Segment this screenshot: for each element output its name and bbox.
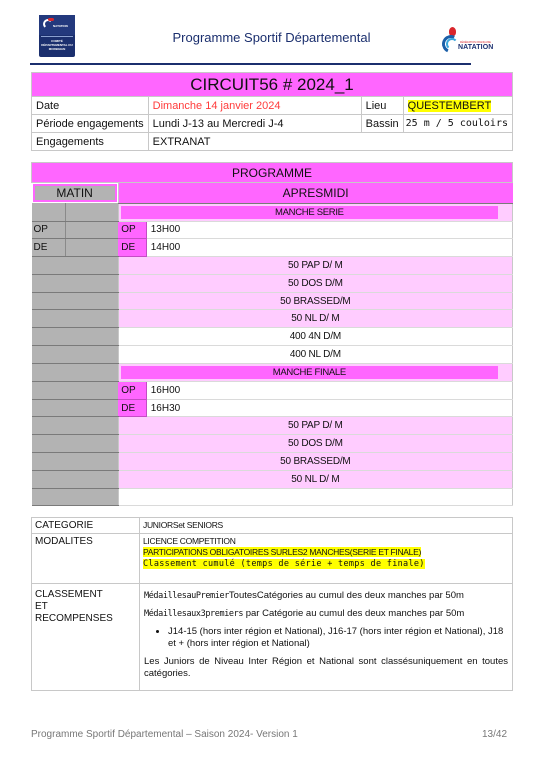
classement-note: Les Juniors de Niveau Inter Région et Na… — [144, 656, 508, 680]
finale-op-label: OP — [118, 381, 146, 399]
serie-de-label: DE — [118, 239, 146, 257]
event-row: 50 DOS D/M — [32, 274, 513, 292]
footer-text: Programme Sportif Départemental – Saison… — [31, 729, 298, 740]
event-row: 400 NL D/M — [32, 346, 513, 364]
serie-op-time: 13H00 — [146, 221, 512, 239]
bassin-value: 25 m / 5 couloirs — [403, 115, 512, 133]
finale-op-time: 16H00 — [146, 381, 512, 399]
modalites-participation: PARTICIPATIONS OBLIGATOIRES SURLES2 MANC… — [143, 547, 421, 557]
matin-de-row: DE DE 14H00 — [32, 239, 513, 257]
matin-header: MATIN — [33, 184, 117, 202]
event-row: 50 DOS D/M — [32, 435, 513, 453]
matin-op-row: OP OP 13H00 — [32, 221, 513, 239]
apresmidi-header: APRESMIDI — [118, 183, 512, 204]
engagements-value: EXTRANAT — [148, 133, 512, 151]
event-title: CIRCUIT56 # 2024_1 — [32, 73, 513, 97]
matin-de-label: DE — [32, 239, 66, 257]
finale-de-time: 16H30 — [146, 399, 512, 417]
event-row: 50 PAP D/ M — [32, 257, 513, 275]
serie-event-5: 400 4N D/M — [118, 328, 512, 346]
finale-event-4: 50 NL D/ M — [118, 470, 512, 488]
serie-event-6: 400 NL D/M — [118, 346, 512, 364]
engagements-label: Engagements — [32, 133, 149, 151]
date-value: Dimanche 14 janvier 2024 — [148, 97, 361, 115]
details-table: CATEGORIE JUNIORSet SENIORS MODALITES LI… — [31, 517, 513, 691]
event-row: 50 NL D/ M — [32, 470, 513, 488]
modalites-label: MODALITES — [32, 534, 140, 584]
classement-label: CLASSEMENT ET RECOMPENSES — [32, 584, 140, 691]
header-divider — [30, 63, 471, 65]
manche-finale-label: MANCHE FINALE — [121, 366, 498, 379]
periode-value: Lundi J-13 au Mercredi J-4 — [148, 115, 361, 133]
serie-event-2: 50 DOS D/M — [118, 274, 512, 292]
modalites-classement: Classement cumulé (temps de série + temp… — [143, 559, 425, 569]
event-row: 50 BRASSED/M — [32, 292, 513, 310]
ffn-natation-logo-icon: FÉDÉRATION FRANÇAISE NATATION — [440, 27, 494, 57]
finale-event-1: 50 PAP D/ M — [118, 417, 512, 435]
event-row: 400 4N D/M — [32, 328, 513, 346]
programme-title: PROGRAMME — [32, 163, 513, 183]
matin-de-time — [66, 239, 119, 257]
serie-de-time: 14H00 — [146, 239, 512, 257]
finale-event-2: 50 DOS D/M — [118, 435, 512, 453]
serie-event-3: 50 BRASSED/M — [118, 292, 512, 310]
categorie-label: CATEGORIE — [32, 518, 140, 534]
periode-label: Période engagements — [32, 115, 149, 133]
page-number: 13/42 — [482, 729, 507, 740]
serie-event-1: 50 PAP D/ M — [118, 257, 512, 275]
lieu-value: QUESTEMBERT — [408, 100, 492, 112]
classement-categories: J14-15 (hors inter région et National), … — [168, 626, 508, 650]
event-row: 50 NL D/ M — [32, 310, 513, 328]
bassin-label: Bassin — [361, 115, 403, 133]
finale-event-3: 50 BRASSED/M — [118, 453, 512, 471]
categorie-value: JUNIORSet SENIORS — [140, 518, 513, 534]
serie-event-4: 50 NL D/ M — [118, 310, 512, 328]
event-row: 50 PAP D/ M — [32, 417, 513, 435]
event-row: 50 BRASSED/M — [32, 453, 513, 471]
matin-op-label: OP — [32, 221, 66, 239]
programme-table: PROGRAMME MATIN APRESMIDI MANCHE SERIE O… — [31, 162, 513, 506]
classement-line-2: Médaillesaux3premiers par Catégorie au c… — [144, 608, 508, 620]
matin-op-time — [66, 221, 119, 239]
date-label: Date — [32, 97, 149, 115]
serie-op-label: OP — [118, 221, 146, 239]
manche-serie-label: MANCHE SERIE — [121, 206, 498, 219]
lieu-label: Lieu — [361, 97, 403, 115]
modalites-licence: LICENCE COMPETITION — [143, 536, 509, 547]
classement-line-1: MédaillesauPremierToutesCatégories au cu… — [144, 590, 508, 602]
event-info-table: CIRCUIT56 # 2024_1 Date Dimanche 14 janv… — [31, 72, 513, 151]
finale-de-label: DE — [118, 399, 146, 417]
